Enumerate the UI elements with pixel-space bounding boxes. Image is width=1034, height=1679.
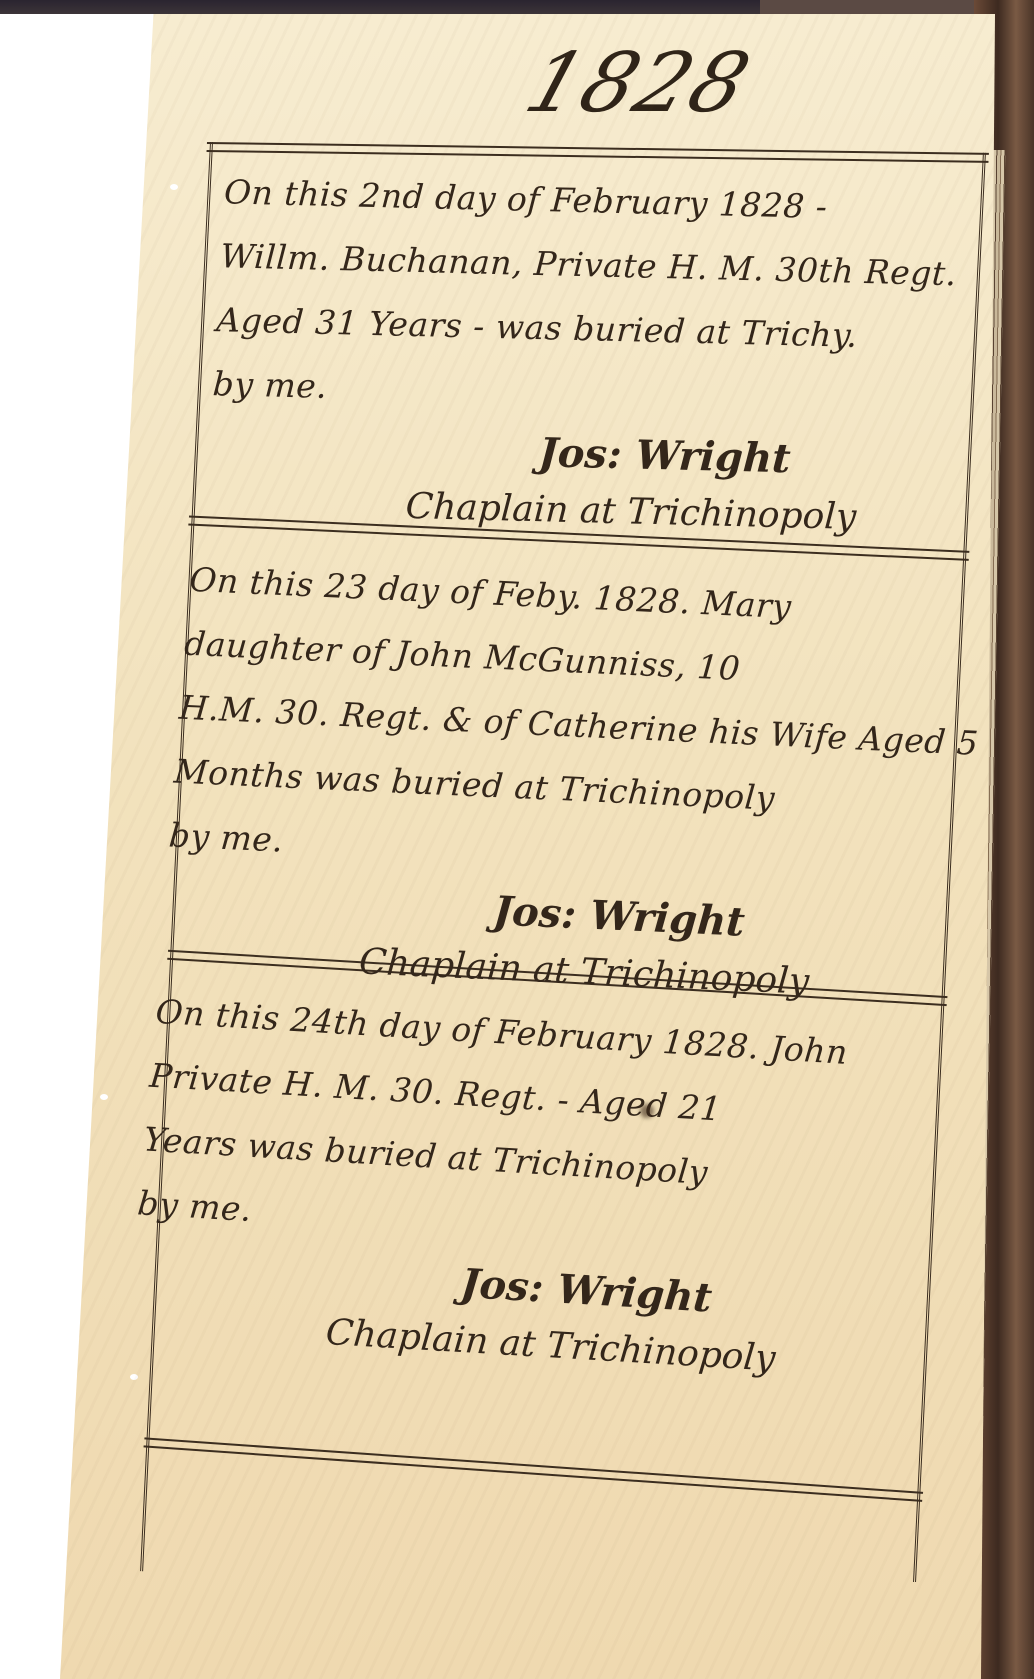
year-header: 1828 xyxy=(515,36,763,131)
photo-scene: 1828 On this 2nd day of February 1828 - … xyxy=(0,0,1034,1679)
burial-entry-3: On this 24th day of February 1828. John … xyxy=(124,980,938,1396)
book-cover-shadow xyxy=(0,0,760,14)
paper-hole xyxy=(170,184,178,190)
ink-blot xyxy=(640,1104,654,1118)
burial-entry-1: On this 2nd day of February 1828 - Willm… xyxy=(204,160,973,548)
paper-hole xyxy=(130,1374,138,1380)
register-frame: On this 2nd day of February 1828 - Willm… xyxy=(140,142,986,1582)
burial-entry-2: On this 23 day of Feby. 1828. Mary daugh… xyxy=(157,548,958,1016)
paper-hole xyxy=(100,1094,108,1100)
frame-rule-top xyxy=(207,142,989,163)
register-page: 1828 On this 2nd day of February 1828 - … xyxy=(60,14,995,1679)
frame-rule-bottom xyxy=(143,1437,923,1501)
